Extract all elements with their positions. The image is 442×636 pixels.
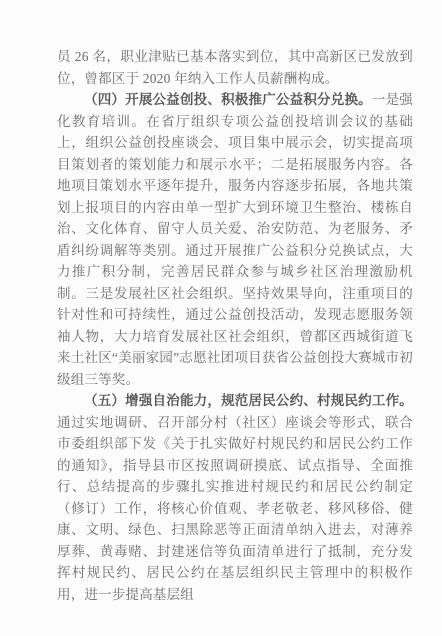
paragraph-section-5: （五）增强自治能力，规范居民公约、村规民约工作。通过实地调研、召开部分村（社区）… [57,390,413,605]
section-4-heading: （四）开展公益创投、积极推广公益积分兑换。 [84,92,372,107]
paragraph-body: 一是强化教育培训。在省厅组织专项公益创投培训会议的基础上，组织公益创投座谈会、项… [57,92,413,387]
document-text-block: 员 26 名，职业津贴已基本落实到位，其中高新区已发放到位，曾都区于 2020 … [57,46,413,605]
paragraph-section-4: （四）开展公益创投、积极推广公益积分兑换。一是强化教育培训。在省厅组织专项公益创… [57,89,413,390]
section-5-heading: （五）增强自治能力，规范居民公约、村规民约工作。 [84,393,413,408]
paragraph-continuation: 员 26 名，职业津贴已基本落实到位，其中高新区已发放到位，曾都区于 2020 … [57,46,413,89]
document-page: 员 26 名，职业津贴已基本落实到位，其中高新区已发放到位，曾都区于 2020 … [0,0,442,636]
paragraph-body: 员 26 名，职业津贴已基本落实到位，其中高新区已发放到位，曾都区于 2020 … [57,49,413,86]
paragraph-body: 通过实地调研、召开部分村（社区）座谈会等形式，联合市委组织部下发《关于扎实做好村… [57,415,413,602]
